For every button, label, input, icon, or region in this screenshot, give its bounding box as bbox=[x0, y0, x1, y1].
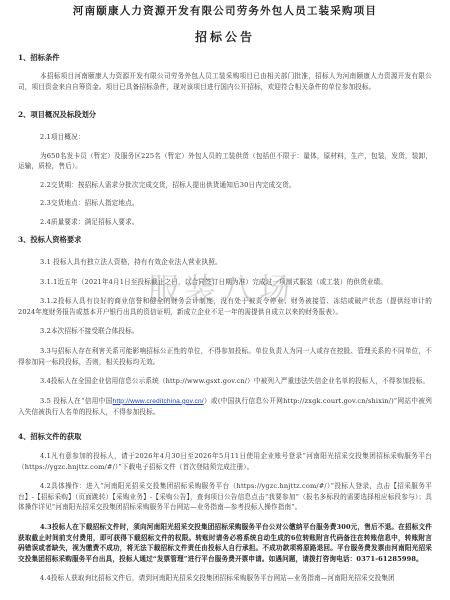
paragraph: 3.2本次招标不接受联合体投标。 bbox=[18, 326, 432, 337]
paragraph: 为650名发卡员（暂定）及服务区225名（暂定）外包人员的工装供货（包括但不限于… bbox=[18, 151, 432, 172]
paragraph: 4.4投标人获取询比招标文件后，请到河南阳光招采交投集团招标采购服务平台网站—业… bbox=[18, 573, 432, 584]
section-bidder-qualifications: 3、投标人资格要求 3.1 投标人具有独立法人资格，持有有效企业法人营业执照。 … bbox=[18, 235, 432, 418]
section-bidding-conditions: 1、招标条件 本招标项目河南颐康人力资源开发有限公司劳务外包人员工装采购项目已由… bbox=[18, 53, 432, 92]
paragraph-text: 3.5 投标人在“信用中国 bbox=[40, 397, 113, 405]
paragraph: 2.3交货地点：招标人指定地点。 bbox=[18, 198, 432, 209]
section-heading: 4、招标文件的获取 bbox=[18, 432, 432, 442]
section-heading: 3、投标人资格要求 bbox=[18, 235, 432, 245]
paragraph: 4.2具体操作：进入“河南阳光招采交投集团招标采购服务平台（https://yg… bbox=[18, 481, 432, 513]
paragraph: 2.2交货期：按招标人需求分批次完成交货，招标人提出供货通知后30日内完成交货。 bbox=[18, 180, 432, 191]
paragraph: 4.3投标人在下载招标文件时，须向河南阳光招采交投集团招标采购服务平台公对公缴纳… bbox=[18, 522, 432, 564]
paragraph-with-link: 3.5 投标人在“信用中国http://www.creditchina.gov.… bbox=[18, 396, 432, 418]
section-project-overview: 2、项目概况及标段划分 2.1项目概况： 为650名发卡员（暂定）及服务区225… bbox=[18, 110, 432, 228]
paragraph: 3.4投标人在全国企业信用信息公示系统（http://www.gsxt.gov.… bbox=[18, 376, 432, 387]
document-title: 河南颐康人力资源开发有限公司劳务外包人员工装采购项目 bbox=[18, 0, 432, 19]
paragraph: 4.1凡有意参加的投标人，请于2026年4月30日至2026年5月11日使用企业… bbox=[18, 451, 432, 472]
announcement-page: 河南颐康人力资源开发有限公司劳务外包人员工装采购项目 招标公告 1、招标条件 本… bbox=[0, 0, 450, 45]
paragraph: 3.1 投标人具有独立法人资格，持有有效企业法人营业执照。 bbox=[18, 257, 432, 268]
paragraph: 3.3与招标人存在利害关系可能影响招标公正性的单位，不得参加投标。单位负责人为同… bbox=[18, 346, 432, 367]
paragraph: 3.1.2投标人具有良好的商业信誉和健全的财务会计制度，没有处于被责令停业、财务… bbox=[18, 296, 432, 317]
document-subtitle: 招标公告 bbox=[18, 29, 432, 45]
section-heading: 1、招标条件 bbox=[18, 53, 432, 63]
paragraph: 2.4质量要求：满足招标人要求。 bbox=[18, 217, 432, 228]
paragraph: 3.1.1近五年（2021年4月1日至投标截止之日，以合同签订日期为准）完成过一… bbox=[18, 277, 432, 288]
section-heading: 2、项目概况及标段划分 bbox=[18, 110, 432, 120]
paragraph: 2.1项目概况： bbox=[18, 132, 432, 143]
paragraph: 本招标项目河南颐康人力资源开发有限公司劳务外包人员工装采购项目已由相关部门批准，… bbox=[18, 71, 432, 92]
credit-china-link[interactable]: http://www.creditchina.gov.cn/ bbox=[113, 398, 204, 405]
section-obtain-documents: 4、招标文件的获取 4.1凡有意参加的投标人，请于2026年4月30日至2026… bbox=[18, 432, 432, 584]
